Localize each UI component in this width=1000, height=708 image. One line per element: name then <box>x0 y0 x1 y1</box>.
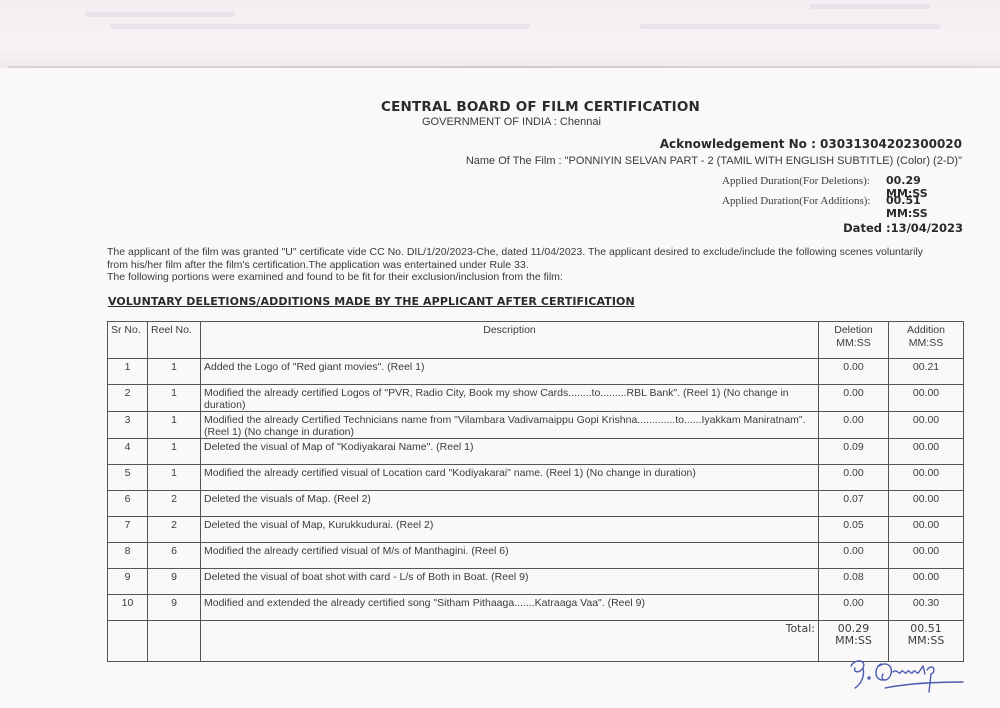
cell-reel-no: 6 <box>148 543 201 569</box>
film-name: Name Of The Film : "PONNIYIN SELVAN PART… <box>466 155 962 167</box>
table-row: 99Deleted the visual of boat shot with c… <box>108 569 964 595</box>
header-sr-no: Sr No. <box>108 322 148 359</box>
cell-deletion: 0.07 <box>819 491 889 517</box>
cell-addition: 00.00 <box>889 439 964 465</box>
header-deletion-line2: MM:SS <box>822 337 885 350</box>
cell-description: Added the Logo of "Red giant movies". (R… <box>201 359 819 385</box>
bleed-through-text <box>110 24 530 29</box>
cell-sr-no: 10 <box>108 595 148 621</box>
cell-addition: 00.00 <box>889 543 964 569</box>
cell-sr-no: 6 <box>108 491 148 517</box>
header-description: Description <box>201 322 819 359</box>
cell-reel-no: 9 <box>148 595 201 621</box>
organization-title: CENTRAL BOARD OF FILM CERTIFICATION <box>381 99 700 115</box>
cell-sr-no: 9 <box>108 569 148 595</box>
cell-deletion: 0.00 <box>819 595 889 621</box>
table-row: 11Added the Logo of "Red giant movies". … <box>108 359 964 385</box>
header-deletion: Deletion MM:SS <box>819 322 889 359</box>
cell-deletion: 0.00 <box>819 385 889 412</box>
cell-addition: 00.00 <box>889 385 964 412</box>
cell-addition: 00.00 <box>889 569 964 595</box>
table-row: 72Deleted the visual of Map, Kurukkudura… <box>108 517 964 543</box>
cell-addition: 00.00 <box>889 517 964 543</box>
cell-sr-no: 8 <box>108 543 148 569</box>
bleed-through-text <box>640 24 940 29</box>
cell-reel-no: 1 <box>148 465 201 491</box>
cell-description: Modified and extended the already certif… <box>201 595 819 621</box>
table-row: 62Deleted the visuals of Map. (Reel 2)0.… <box>108 491 964 517</box>
cell-description: Modified the already certified visual of… <box>201 543 819 569</box>
cell-deletion: 0.09 <box>819 439 889 465</box>
section-heading: VOLUNTARY DELETIONS/ADDITIONS MADE BY TH… <box>108 295 635 308</box>
bleed-through-text <box>85 12 235 17</box>
table-row: 31Modified the already Certified Technic… <box>108 412 964 439</box>
cell-deletion: 0.00 <box>819 543 889 569</box>
additions-duration-value: 00.51 MM:SS <box>886 194 962 220</box>
cell-reel-no: 9 <box>148 569 201 595</box>
cell-description: Deleted the visual of Map, Kurukkudurai.… <box>201 517 819 543</box>
additions-duration-label: Applied Duration(For Additions): <box>722 195 886 207</box>
cell-deletion: 0.00 <box>819 412 889 439</box>
total-empty-reel <box>148 621 201 662</box>
cell-deletion: 0.00 <box>819 359 889 385</box>
paragraph-line: from his/her film after the film's certi… <box>107 259 967 272</box>
cell-deletion: 0.08 <box>819 569 889 595</box>
cell-description: Deleted the visual of Map of "Kodiyakara… <box>201 439 819 465</box>
cell-addition: 00.00 <box>889 491 964 517</box>
page-fold-line <box>8 66 1000 68</box>
bleed-through-text <box>810 4 930 9</box>
table-row: 86Modified the already certified visual … <box>108 543 964 569</box>
modifications-table: Sr No. Reel No. Description Deletion MM:… <box>107 321 964 662</box>
table-header-row: Sr No. Reel No. Description Deletion MM:… <box>108 322 964 359</box>
total-deletion-unit: MM:SS <box>822 635 885 647</box>
cell-sr-no: 3 <box>108 412 148 439</box>
cell-description: Modified the already certified visual of… <box>201 465 819 491</box>
cell-reel-no: 2 <box>148 491 201 517</box>
additions-duration-row: Applied Duration(For Additions): 00.51 M… <box>722 194 962 210</box>
table-row: 51Modified the already certified visual … <box>108 465 964 491</box>
cell-addition: 00.00 <box>889 412 964 439</box>
cell-sr-no: 1 <box>108 359 148 385</box>
header-addition-line2: MM:SS <box>892 337 960 350</box>
acknowledgement-number: Acknowledgement No : 03031304202300020 <box>660 137 962 151</box>
total-addition-unit: MM:SS <box>892 635 960 647</box>
cell-reel-no: 1 <box>148 359 201 385</box>
certificate-paragraph: The applicant of the film was granted "U… <box>107 246 967 284</box>
cell-description: Deleted the visuals of Map. (Reel 2) <box>201 491 819 517</box>
cell-sr-no: 4 <box>108 439 148 465</box>
total-row: Total: 00.29 MM:SS 00.51 MM:SS <box>108 621 964 662</box>
cell-addition: 00.30 <box>889 595 964 621</box>
cell-addition: 00.21 <box>889 359 964 385</box>
cell-deletion: 0.00 <box>819 465 889 491</box>
cell-sr-no: 7 <box>108 517 148 543</box>
cell-reel-no: 1 <box>148 412 201 439</box>
cell-reel-no: 1 <box>148 439 201 465</box>
cell-description: Modified the already Certified Technicia… <box>201 412 819 439</box>
cell-description: Modified the already certified Logos of … <box>201 385 819 412</box>
cell-reel-no: 1 <box>148 385 201 412</box>
header-deletion-line1: Deletion <box>822 324 885 337</box>
header-reel-no: Reel No. <box>148 322 201 359</box>
cell-sr-no: 5 <box>108 465 148 491</box>
organization-subtitle: GOVERNMENT OF INDIA : Chennai <box>422 116 601 128</box>
cell-addition: 00.00 <box>889 465 964 491</box>
cell-reel-no: 2 <box>148 517 201 543</box>
deletions-duration-row: Applied Duration(For Deletions): 00.29 M… <box>722 174 962 190</box>
cell-sr-no: 2 <box>108 385 148 412</box>
deletions-duration-label: Applied Duration(For Deletions): <box>722 175 886 187</box>
table-row: 41Deleted the visual of Map of "Kodiyaka… <box>108 439 964 465</box>
cell-description: Deleted the visual of boat shot with car… <box>201 569 819 595</box>
scanned-page-top-bleed <box>0 0 1000 68</box>
table-row: 21Modified the already certified Logos o… <box>108 385 964 412</box>
paragraph-line: The applicant of the film was granted "U… <box>107 246 967 259</box>
dated: Dated :13/04/2023 <box>843 221 963 235</box>
total-empty-sr <box>108 621 148 662</box>
paragraph-line: The following portions were examined and… <box>107 271 967 284</box>
total-label: Total: <box>201 621 819 662</box>
officer-signature <box>845 652 975 700</box>
header-addition-line1: Addition <box>892 324 960 337</box>
table-row: 109Modified and extended the already cer… <box>108 595 964 621</box>
cell-deletion: 0.05 <box>819 517 889 543</box>
header-addition: Addition MM:SS <box>889 322 964 359</box>
